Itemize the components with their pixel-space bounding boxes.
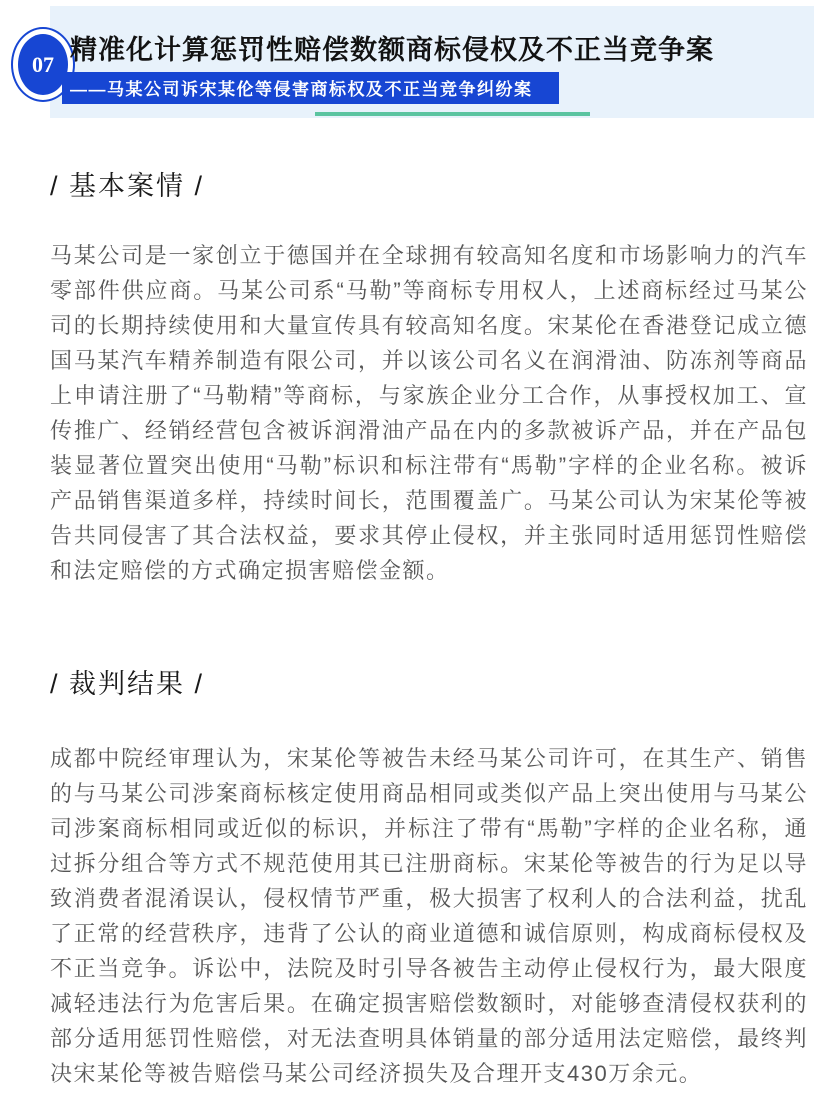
case-number-label: 07	[18, 34, 68, 95]
section-heading-judgment-result: / 裁判结果 /	[50, 662, 808, 701]
paragraph-basic-facts: 马某公司是一家创立于德国并在全球拥有较高知名度和市场影响力的汽车零部件供应商。马…	[50, 238, 808, 588]
page: { "header": { "badge_number": "07", "tit…	[0, 0, 818, 1110]
section-heading-basic-facts: / 基本案情 /	[50, 164, 808, 203]
case-subtitle-banner: ——马某公司诉宋某伦等侵害商标权及不正当竞争纠纷案	[62, 72, 559, 104]
case-title: 精准化计算惩罚性赔偿数额商标侵权及不正当竞争案	[70, 28, 714, 67]
decorative-underline	[315, 112, 590, 116]
paragraph-judgment-result: 成都中院经审理认为，宋某伦等被告未经马某公司许可，在其生产、销售的与马某公司涉案…	[50, 741, 808, 1091]
